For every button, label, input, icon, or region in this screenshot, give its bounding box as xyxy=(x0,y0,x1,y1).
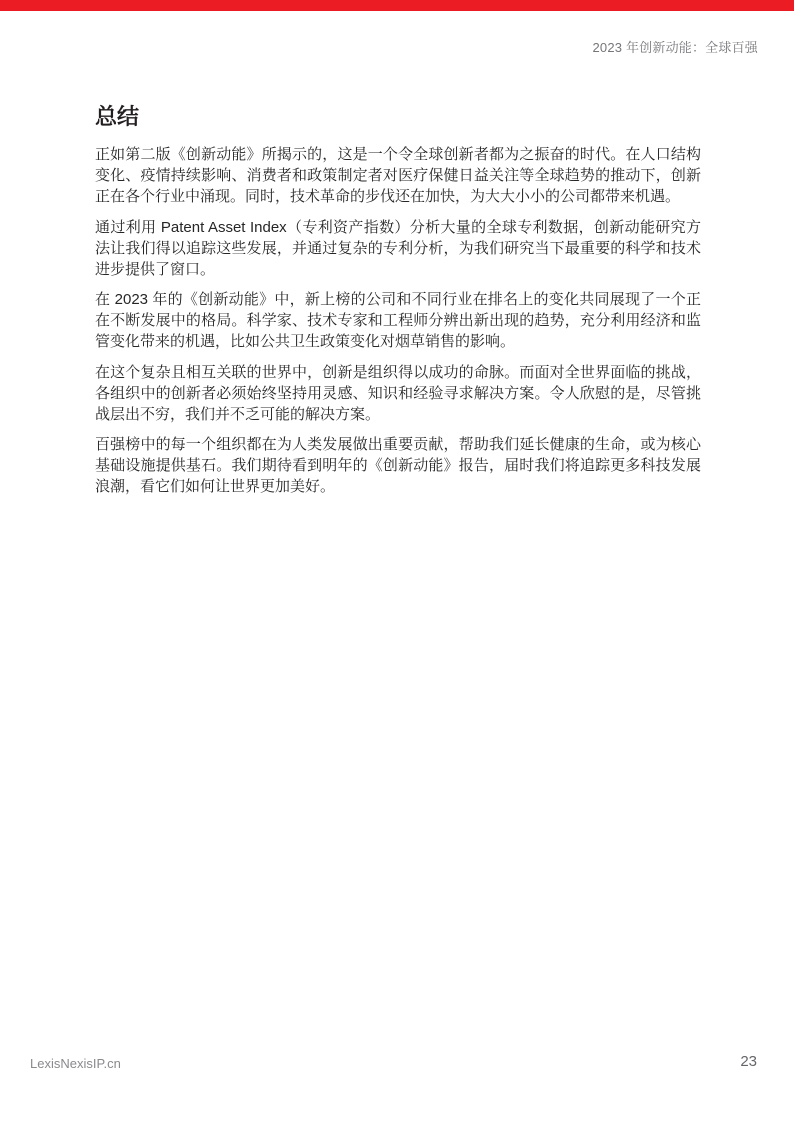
body-paragraph: 在这个复杂且相互关联的世界中，创新是组织得以成功的命脉。而面对全世界面临的挑战，… xyxy=(95,362,701,425)
document-page: 2023 年创新动能：全球百强 总结 正如第二版《创新动能》所揭示的，这是一个令… xyxy=(0,0,794,1122)
page-title: 总结 xyxy=(95,102,701,132)
footer-page-number: 23 xyxy=(740,1052,757,1072)
body-paragraph: 百强榜中的每一个组织都在为人类发展做出重要贡献，帮助我们延长健康的生命，或为核心… xyxy=(95,434,701,497)
footer-site-link[interactable]: LexisNexisIP.cn xyxy=(30,1056,121,1072)
main-content: 总结 正如第二版《创新动能》所揭示的，这是一个令全球创新者都为之振奋的时代。在人… xyxy=(95,102,701,507)
body-paragraph: 在 2023 年的《创新动能》中，新上榜的公司和不同行业在排名上的变化共同展现了… xyxy=(95,289,701,352)
running-header-title: 2023 年创新动能：全球百强 xyxy=(592,39,758,56)
body-paragraph: 通过利用 Patent Asset Index（专利资产指数）分析大量的全球专利… xyxy=(95,217,701,280)
top-accent-bar xyxy=(0,0,794,11)
body-paragraph: 正如第二版《创新动能》所揭示的，这是一个令全球创新者都为之振奋的时代。在人口结构… xyxy=(95,144,701,207)
